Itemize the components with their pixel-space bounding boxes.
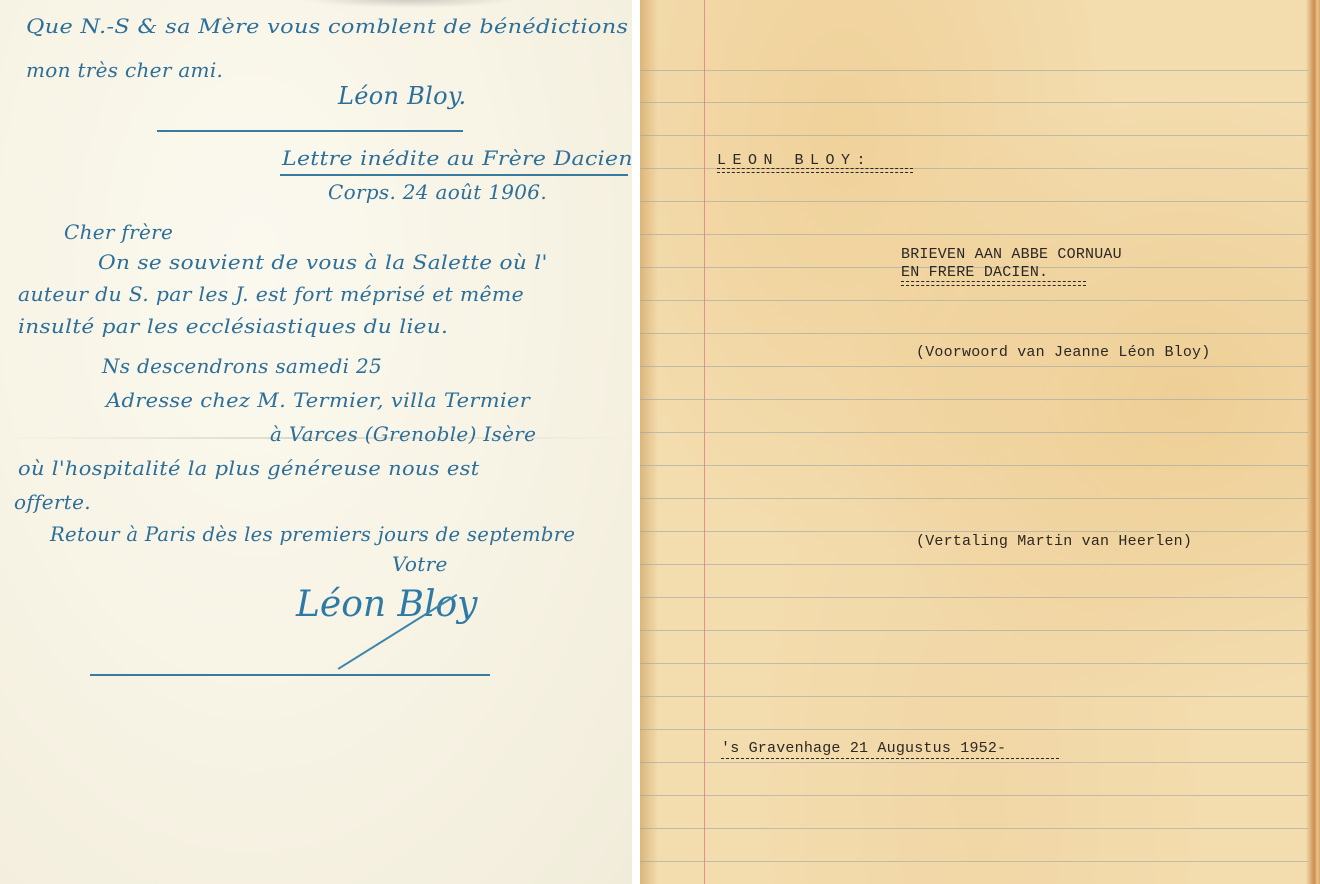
typed-notebook-page: LEON BLOY: BRIEVEN AAN ABBE CORNUAU EN F…	[640, 0, 1320, 884]
ruled-line	[640, 729, 1308, 730]
ruled-line	[640, 465, 1308, 466]
ruled-line	[640, 135, 1308, 136]
letter-signature-final: Léon Bloy	[296, 584, 478, 625]
letter-body-line-1: On se souvient de vous à la Salette où l…	[98, 250, 548, 274]
ruled-line	[640, 498, 1308, 499]
letter-salutation: Cher frère	[64, 220, 173, 244]
ruled-line	[640, 696, 1308, 697]
letter-body-line-7: où l'hospitalité la plus généreuse nous …	[18, 456, 479, 480]
subtitle-double-underline	[901, 281, 1086, 286]
letter-closing-line-1: Que N.-S & sa Mère vous comblent de béné…	[26, 14, 628, 38]
translation-note: (Vertaling Martin van Heerlen)	[916, 533, 1192, 550]
letter-body-line-9: Retour à Paris dès les premiers jours de…	[50, 522, 575, 546]
ruled-line	[640, 432, 1308, 433]
letter-valediction: Votre	[392, 552, 448, 576]
ruled-line	[640, 861, 1308, 862]
title-double-underline	[717, 168, 913, 173]
letter-body-line-5: Adresse chez M. Termier, villa Termier	[106, 388, 530, 412]
page-shadow	[300, 0, 520, 8]
ruled-line	[640, 531, 1308, 532]
handwritten-letter-page: Que N.-S & sa Mère vous comblent de béné…	[0, 0, 632, 884]
ruled-line	[640, 564, 1308, 565]
page-edge-shade	[640, 0, 658, 884]
ruled-line	[640, 70, 1308, 71]
heading-underline	[280, 174, 628, 176]
letter-body-line-6: à Varces (Grenoble) Isère	[270, 422, 536, 446]
page-gutter	[632, 0, 640, 884]
letter-body-line-4: Ns descendrons samedi 25	[102, 354, 382, 378]
document-subtitle-line-2: EN FRERE DACIEN.	[901, 264, 1048, 281]
ruled-line	[640, 366, 1308, 367]
ruled-line	[640, 102, 1308, 103]
page-edge-right	[1306, 0, 1320, 884]
foreword-note: (Voorwoord van Jeanne Léon Bloy)	[916, 344, 1210, 361]
ruled-line	[640, 300, 1308, 301]
letter-body-line-8: offerte.	[14, 490, 91, 514]
margin-line	[704, 0, 705, 884]
separator-line	[157, 130, 463, 132]
ruled-line	[640, 399, 1308, 400]
place-date-underline	[721, 758, 1059, 759]
place-and-date: 's Gravenhage 21 Augustus 1952-	[721, 740, 1006, 757]
ruled-line	[640, 234, 1308, 235]
ruled-line	[640, 663, 1308, 664]
letter-heading-line-2: Corps. 24 août 1906.	[328, 180, 547, 204]
document-title: LEON BLOY:	[717, 152, 872, 169]
ruled-line	[640, 828, 1308, 829]
document-subtitle-line-1: BRIEVEN AAN ABBE CORNUAU	[901, 246, 1122, 263]
ruled-line	[640, 630, 1308, 631]
letter-body-line-3: insulté par les ecclésiastiques du lieu.	[18, 314, 448, 338]
ruled-line	[640, 333, 1308, 334]
letter-closing-line-2: mon très cher ami.	[26, 58, 223, 82]
ruled-line	[640, 795, 1308, 796]
letter-heading-line-1: Lettre inédite au Frère Dacien	[282, 146, 632, 170]
ruled-line	[640, 597, 1308, 598]
letter-signature-first: Léon Bloy.	[338, 82, 466, 110]
ruled-line	[640, 201, 1308, 202]
letter-body-line-2: auteur du S. par les J. est fort méprisé…	[18, 282, 524, 306]
closing-rule-line	[90, 674, 490, 676]
ruled-line	[640, 762, 1308, 763]
